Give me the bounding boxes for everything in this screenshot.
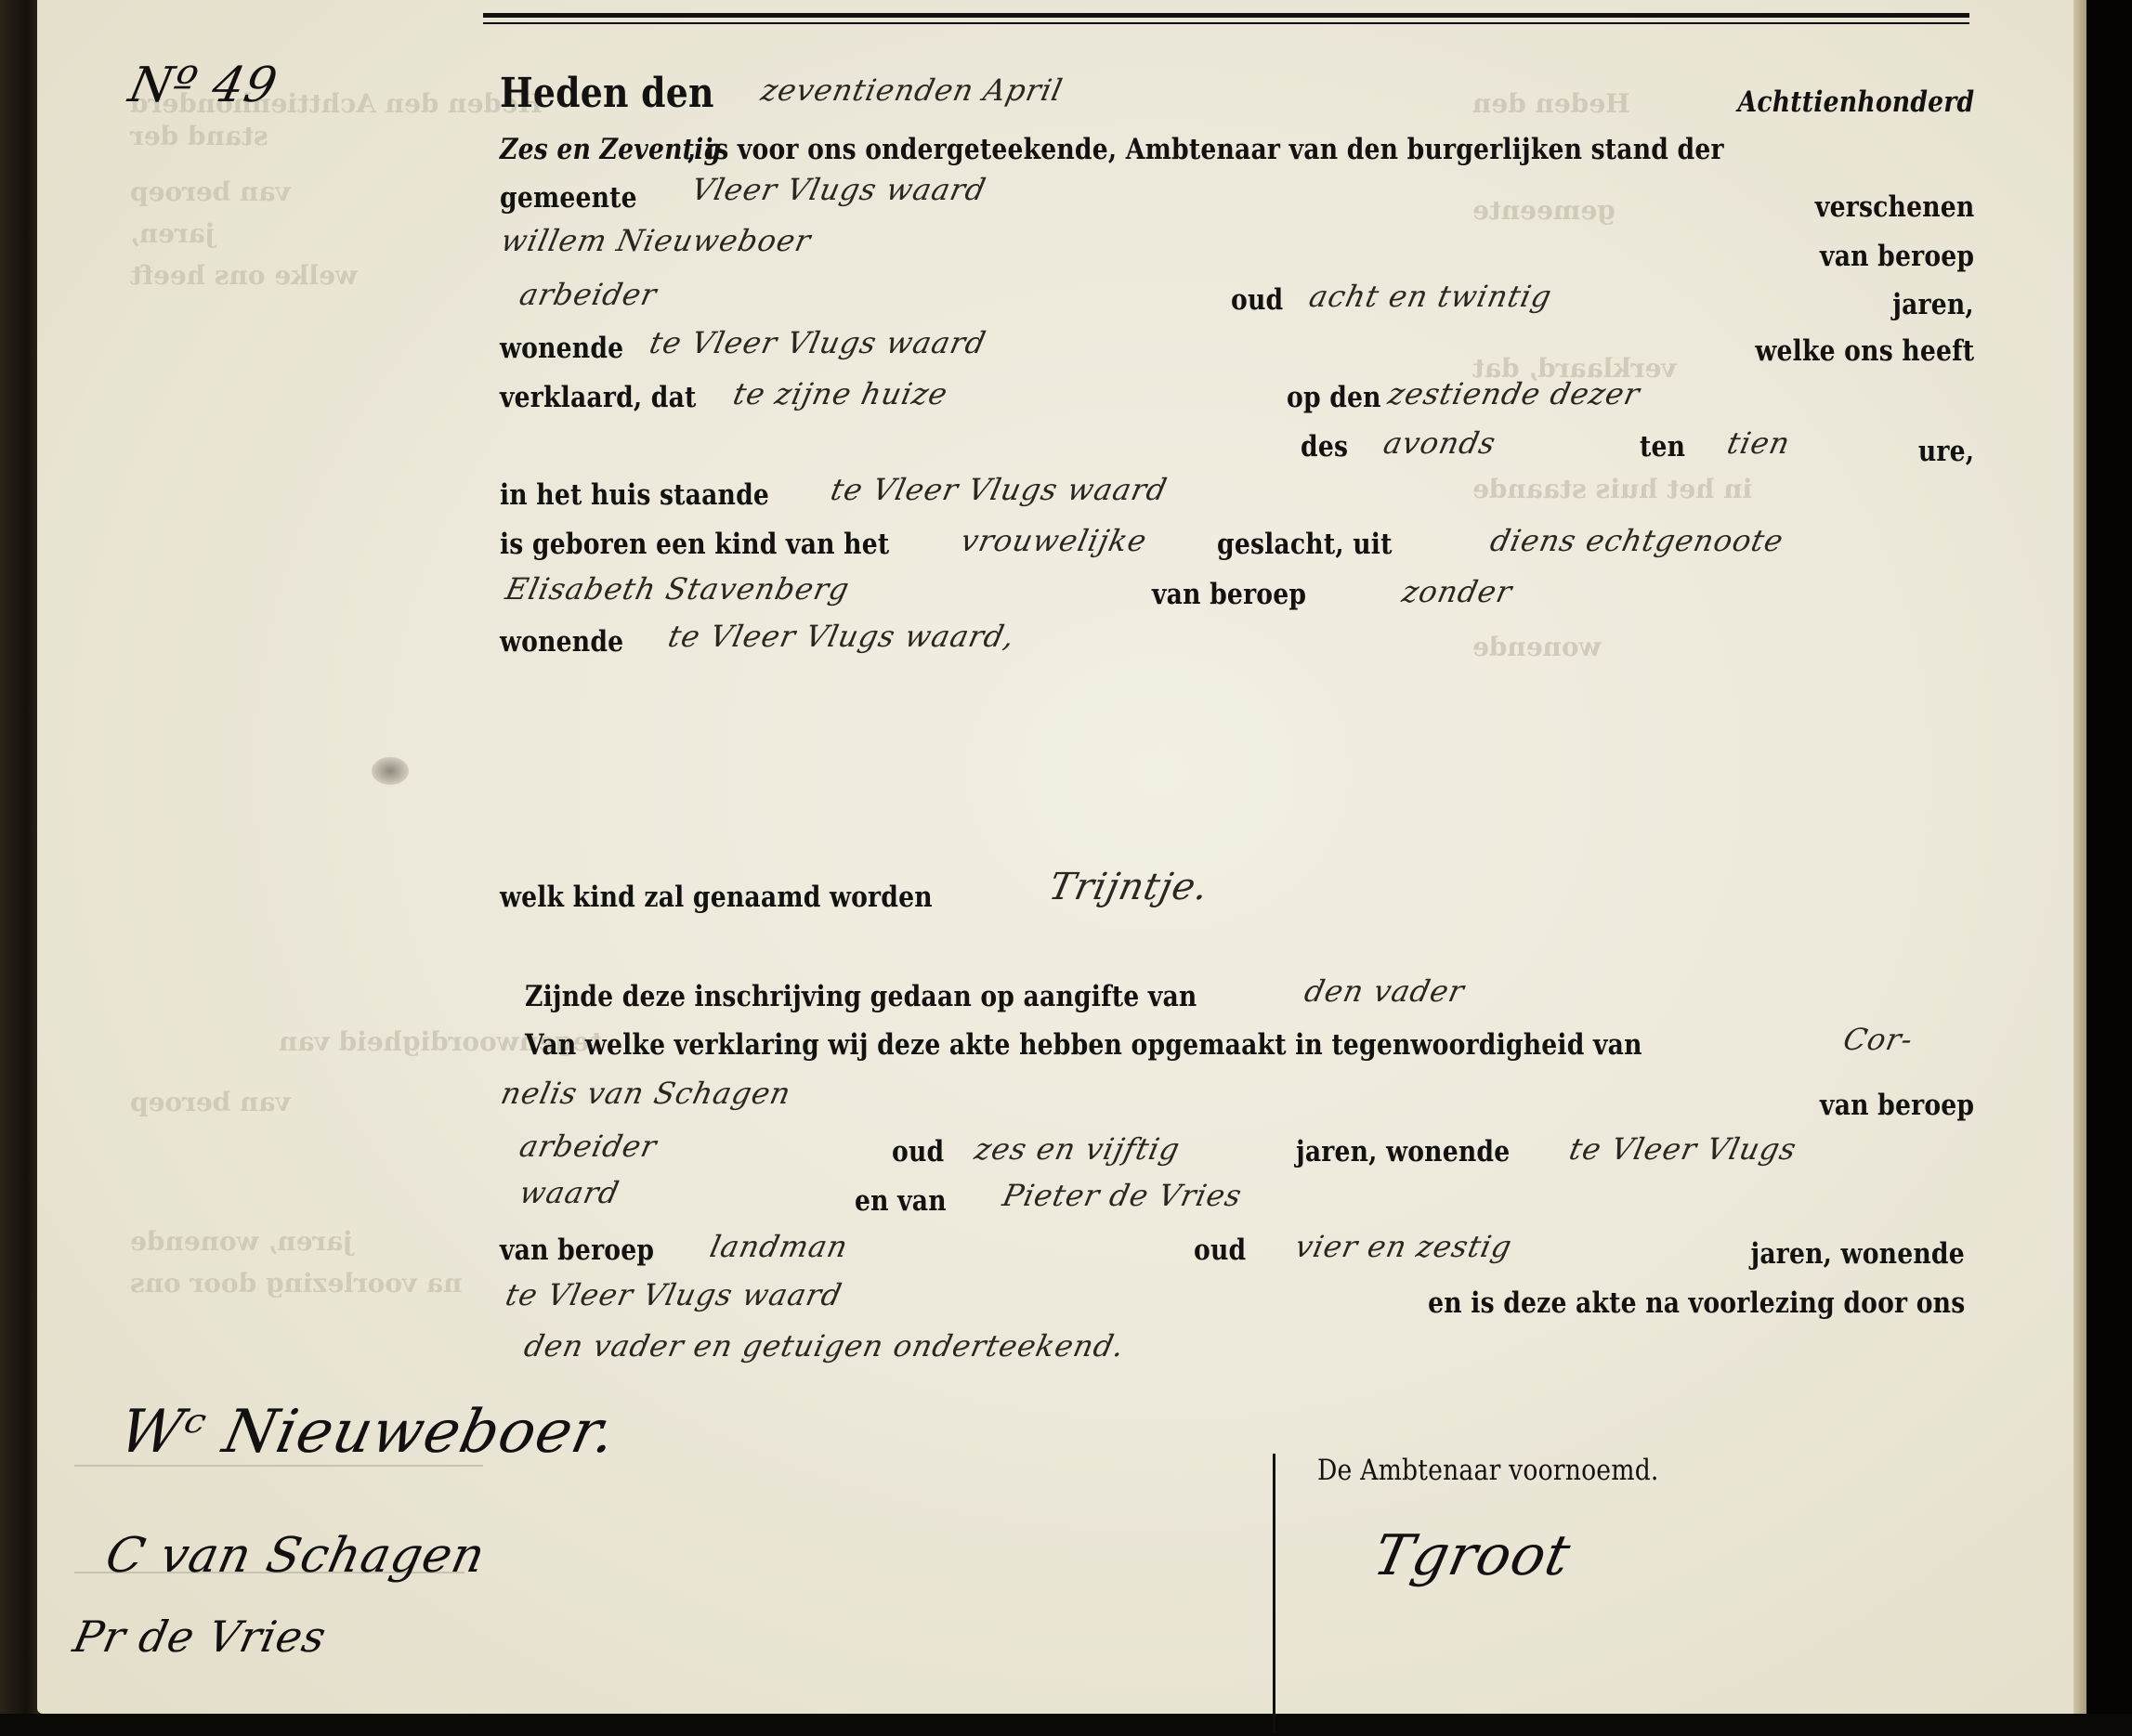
handwritten-witness2-age: vier en zestig xyxy=(1292,1229,1515,1264)
printed-geslacht-uit: geslacht, uit xyxy=(1217,528,1393,561)
page-edge xyxy=(2073,0,2132,1736)
printed-jaren: jaren, xyxy=(1892,288,1974,321)
printed-jaren-wonende-witness1: jaren, wonende xyxy=(1296,1135,1510,1168)
printed-van-beroep-witness2: van beroep xyxy=(500,1233,654,1267)
printed-oud: oud xyxy=(1231,283,1283,317)
handwritten-gemeente: Vleer Vlugs waard xyxy=(688,172,989,207)
handwritten-birth-place: te zijne huize xyxy=(730,376,951,411)
handwritten-declarant-residence: te Vleer Vlugs waard xyxy=(647,325,989,360)
handwritten-time-of-day: avonds xyxy=(1380,425,1499,461)
printed-op-den: op den xyxy=(1287,381,1381,414)
handwritten-witness2-name: Pieter de Vries xyxy=(1000,1178,1246,1213)
handwritten-closing: den vader en getuigen onderteekend. xyxy=(521,1328,1128,1364)
bleed-through-text: stand der xyxy=(130,121,268,151)
signature-witness1: C van Schagen xyxy=(101,1528,490,1584)
printed-ten: ten xyxy=(1640,430,1685,463)
page-bottom-edge xyxy=(0,1714,2132,1736)
printed-de-ambtenaar: De Ambtenaar voornoemd. xyxy=(1317,1454,1659,1487)
handwritten-birth-day: zestiende dezer xyxy=(1385,376,1643,411)
printed-welke-ons-heeft: welke ons heeft xyxy=(1755,334,1974,368)
handwritten-witness2-residence: te Vleer Vlugs waard xyxy=(503,1277,845,1312)
handwritten-witness1-occupation: arbeider xyxy=(517,1129,661,1164)
bleed-through-text: Heden den xyxy=(1472,88,1630,119)
signature-official: Tgroot xyxy=(1368,1523,1576,1588)
handwritten-witness1-residence-1: te Vleer Vlugs xyxy=(1566,1131,1800,1167)
printed-oud-witness1: oud xyxy=(892,1135,944,1168)
printed-verschenen: verschenen xyxy=(1814,190,1974,224)
printed-jaren-wonende-witness2: jaren, wonende xyxy=(1751,1237,1965,1271)
handwritten-mother-name: Elisabeth Stavenberg xyxy=(503,571,853,607)
bleed-through-text: van beroep xyxy=(130,1087,291,1117)
printed-oud-witness2: oud xyxy=(1194,1233,1246,1267)
printed-des: des xyxy=(1301,430,1348,463)
printed-ure: ure, xyxy=(1918,435,1974,468)
printed-van-welke: Van welke verklaring wij deze akte hebbe… xyxy=(525,1028,1642,1062)
handwritten-mother-relation: diens echtgenoote xyxy=(1487,523,1787,558)
handwritten-day: zeventienden April xyxy=(758,72,1066,108)
printed-wonende-mother: wonende xyxy=(500,625,623,659)
handwritten-declarant-name: willem Nieuweboer xyxy=(498,223,815,258)
printed-van-beroep: van beroep xyxy=(1820,240,1974,273)
handwritten-sex: vrouwelijke xyxy=(958,523,1150,558)
printed-gemeente: gemeente xyxy=(500,181,637,215)
handwritten-declarant-occupation: arbeider xyxy=(517,277,661,312)
printed-heden-den: Heden den xyxy=(500,70,714,117)
handwritten-informant: den vader xyxy=(1301,973,1468,1009)
signature-father: Wᶜ Nieuweboer. xyxy=(113,1398,622,1467)
handwritten-mother-residence: te Vleer Vlugs waard, xyxy=(665,619,1018,654)
bleed-through-text: welke ons heeft xyxy=(130,260,358,291)
handwritten-witness1-age: zes en vijftig xyxy=(972,1131,1184,1167)
handwritten-witness1-part1: Cor- xyxy=(1840,1022,1916,1057)
bleed-through-text: wonende xyxy=(1472,632,1602,662)
header-rule-thin xyxy=(483,22,1969,24)
bleed-through-text: jaren, xyxy=(130,218,215,249)
handwritten-witness1-residence-2: waard xyxy=(517,1175,622,1210)
handwritten-declarant-age: acht en twintig xyxy=(1306,279,1555,314)
record-number: Nº 49 xyxy=(124,58,282,113)
printed-verklaard-dat: verklaard, dat xyxy=(500,381,697,414)
printed-zijnde: Zijnde deze inschrijving gedaan op aangi… xyxy=(525,980,1197,1013)
printed-wonende: wonende xyxy=(500,332,623,365)
handwritten-hour: tien xyxy=(1724,425,1794,461)
signature-witness2: Pr de Vries xyxy=(69,1612,331,1662)
bleed-through-text: na voorlezing door ons xyxy=(130,1268,463,1299)
signature-brace xyxy=(1273,1454,1288,1732)
printed-in-het-huis-staande: in het huis staande xyxy=(500,478,769,512)
handwritten-witness1-part2: nelis van Schagen xyxy=(498,1076,794,1111)
printed-achttienhonderd: Achttienhonderd xyxy=(1737,85,1974,119)
bleed-through-text: gemeente xyxy=(1472,195,1615,226)
handwritten-house-location: te Vleer Vlugs waard xyxy=(828,472,1171,507)
bleed-through-text: jaren, wonende xyxy=(130,1226,352,1257)
printed-van-beroep-mother: van beroep xyxy=(1152,578,1306,611)
printed-welk-kind: welk kind zal genaamd worden xyxy=(500,881,933,914)
printed-intro: , is voor ons ondergeteekende, Ambtenaar… xyxy=(687,133,1724,166)
handwritten-mother-occupation: zonder xyxy=(1399,574,1516,609)
handwritten-witness2-occupation: landman xyxy=(707,1229,852,1264)
printed-en-van: en van xyxy=(855,1184,947,1218)
ink-stain xyxy=(372,757,409,785)
handwritten-child-name: Trijntje. xyxy=(1045,866,1212,908)
printed-van-beroep-witness1: van beroep xyxy=(1820,1089,1974,1122)
bleed-through-text: van beroep xyxy=(130,176,291,207)
header-rule xyxy=(483,13,1969,18)
printed-is-geboren: is geboren een kind van het xyxy=(500,528,889,561)
bleed-through-text: in het huis staande xyxy=(1472,474,1752,504)
printed-en-is-deze-akte: en is deze akte na voorlezing door ons xyxy=(1428,1286,1965,1320)
